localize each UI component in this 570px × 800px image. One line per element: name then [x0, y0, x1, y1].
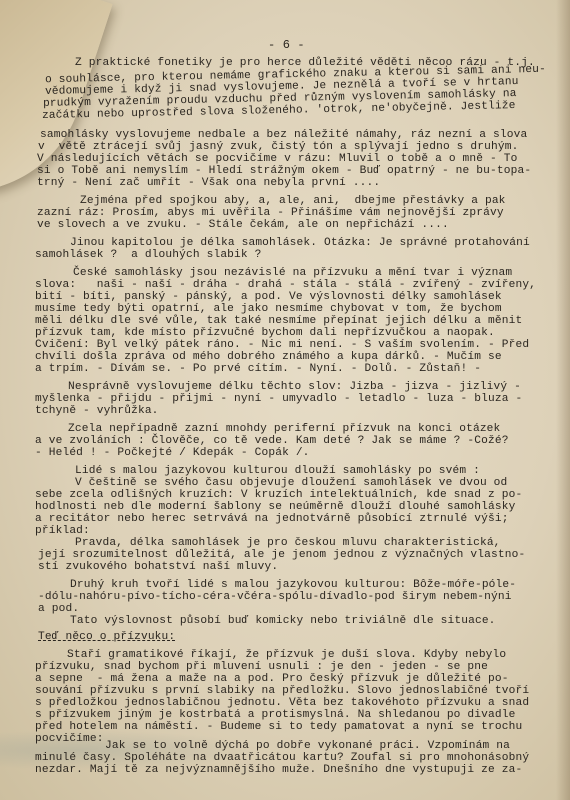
- text-line: před hotelem na náměstí. - Budeme si to …: [35, 722, 522, 734]
- text-line: a recitátor nebo herec setrvává na jedno…: [35, 514, 509, 526]
- text-line: trný - Není zač umřít - Však ona nebyla …: [37, 178, 380, 190]
- text-line: nezdar. Mají tě za nejvýznamnějšího muže…: [35, 765, 522, 777]
- text-line: - Heléd ! - Počkejté / Kdepák - Copák /.: [35, 448, 310, 460]
- text-line: Tato výslovnost působí buď komicky nebo …: [70, 616, 496, 628]
- typewritten-text: - 6 - Z praktické fonetiky je pro herce …: [0, 0, 570, 800]
- text-line: samohlásek ? a dlouhých slabik ?: [35, 250, 262, 262]
- text-line: ve slovech a ve zvuku. - Stále čekám, al…: [37, 220, 449, 232]
- text-line: stí zvukového bohatství naší mluvy.: [38, 562, 278, 574]
- text-line: pocvičíme:: [35, 734, 104, 746]
- text-line: -dólu-nahóru-pívo-tícho-céra-včéra-spólu…: [38, 592, 512, 604]
- page-number: - 6 -: [268, 40, 305, 52]
- text-line: tchyně - vyhrůžka.: [35, 406, 159, 418]
- section-heading: Teď něco o přízvuku:: [38, 632, 175, 644]
- text-line: a trpím. - Dívám se. - Po prvé cítím. - …: [35, 364, 481, 376]
